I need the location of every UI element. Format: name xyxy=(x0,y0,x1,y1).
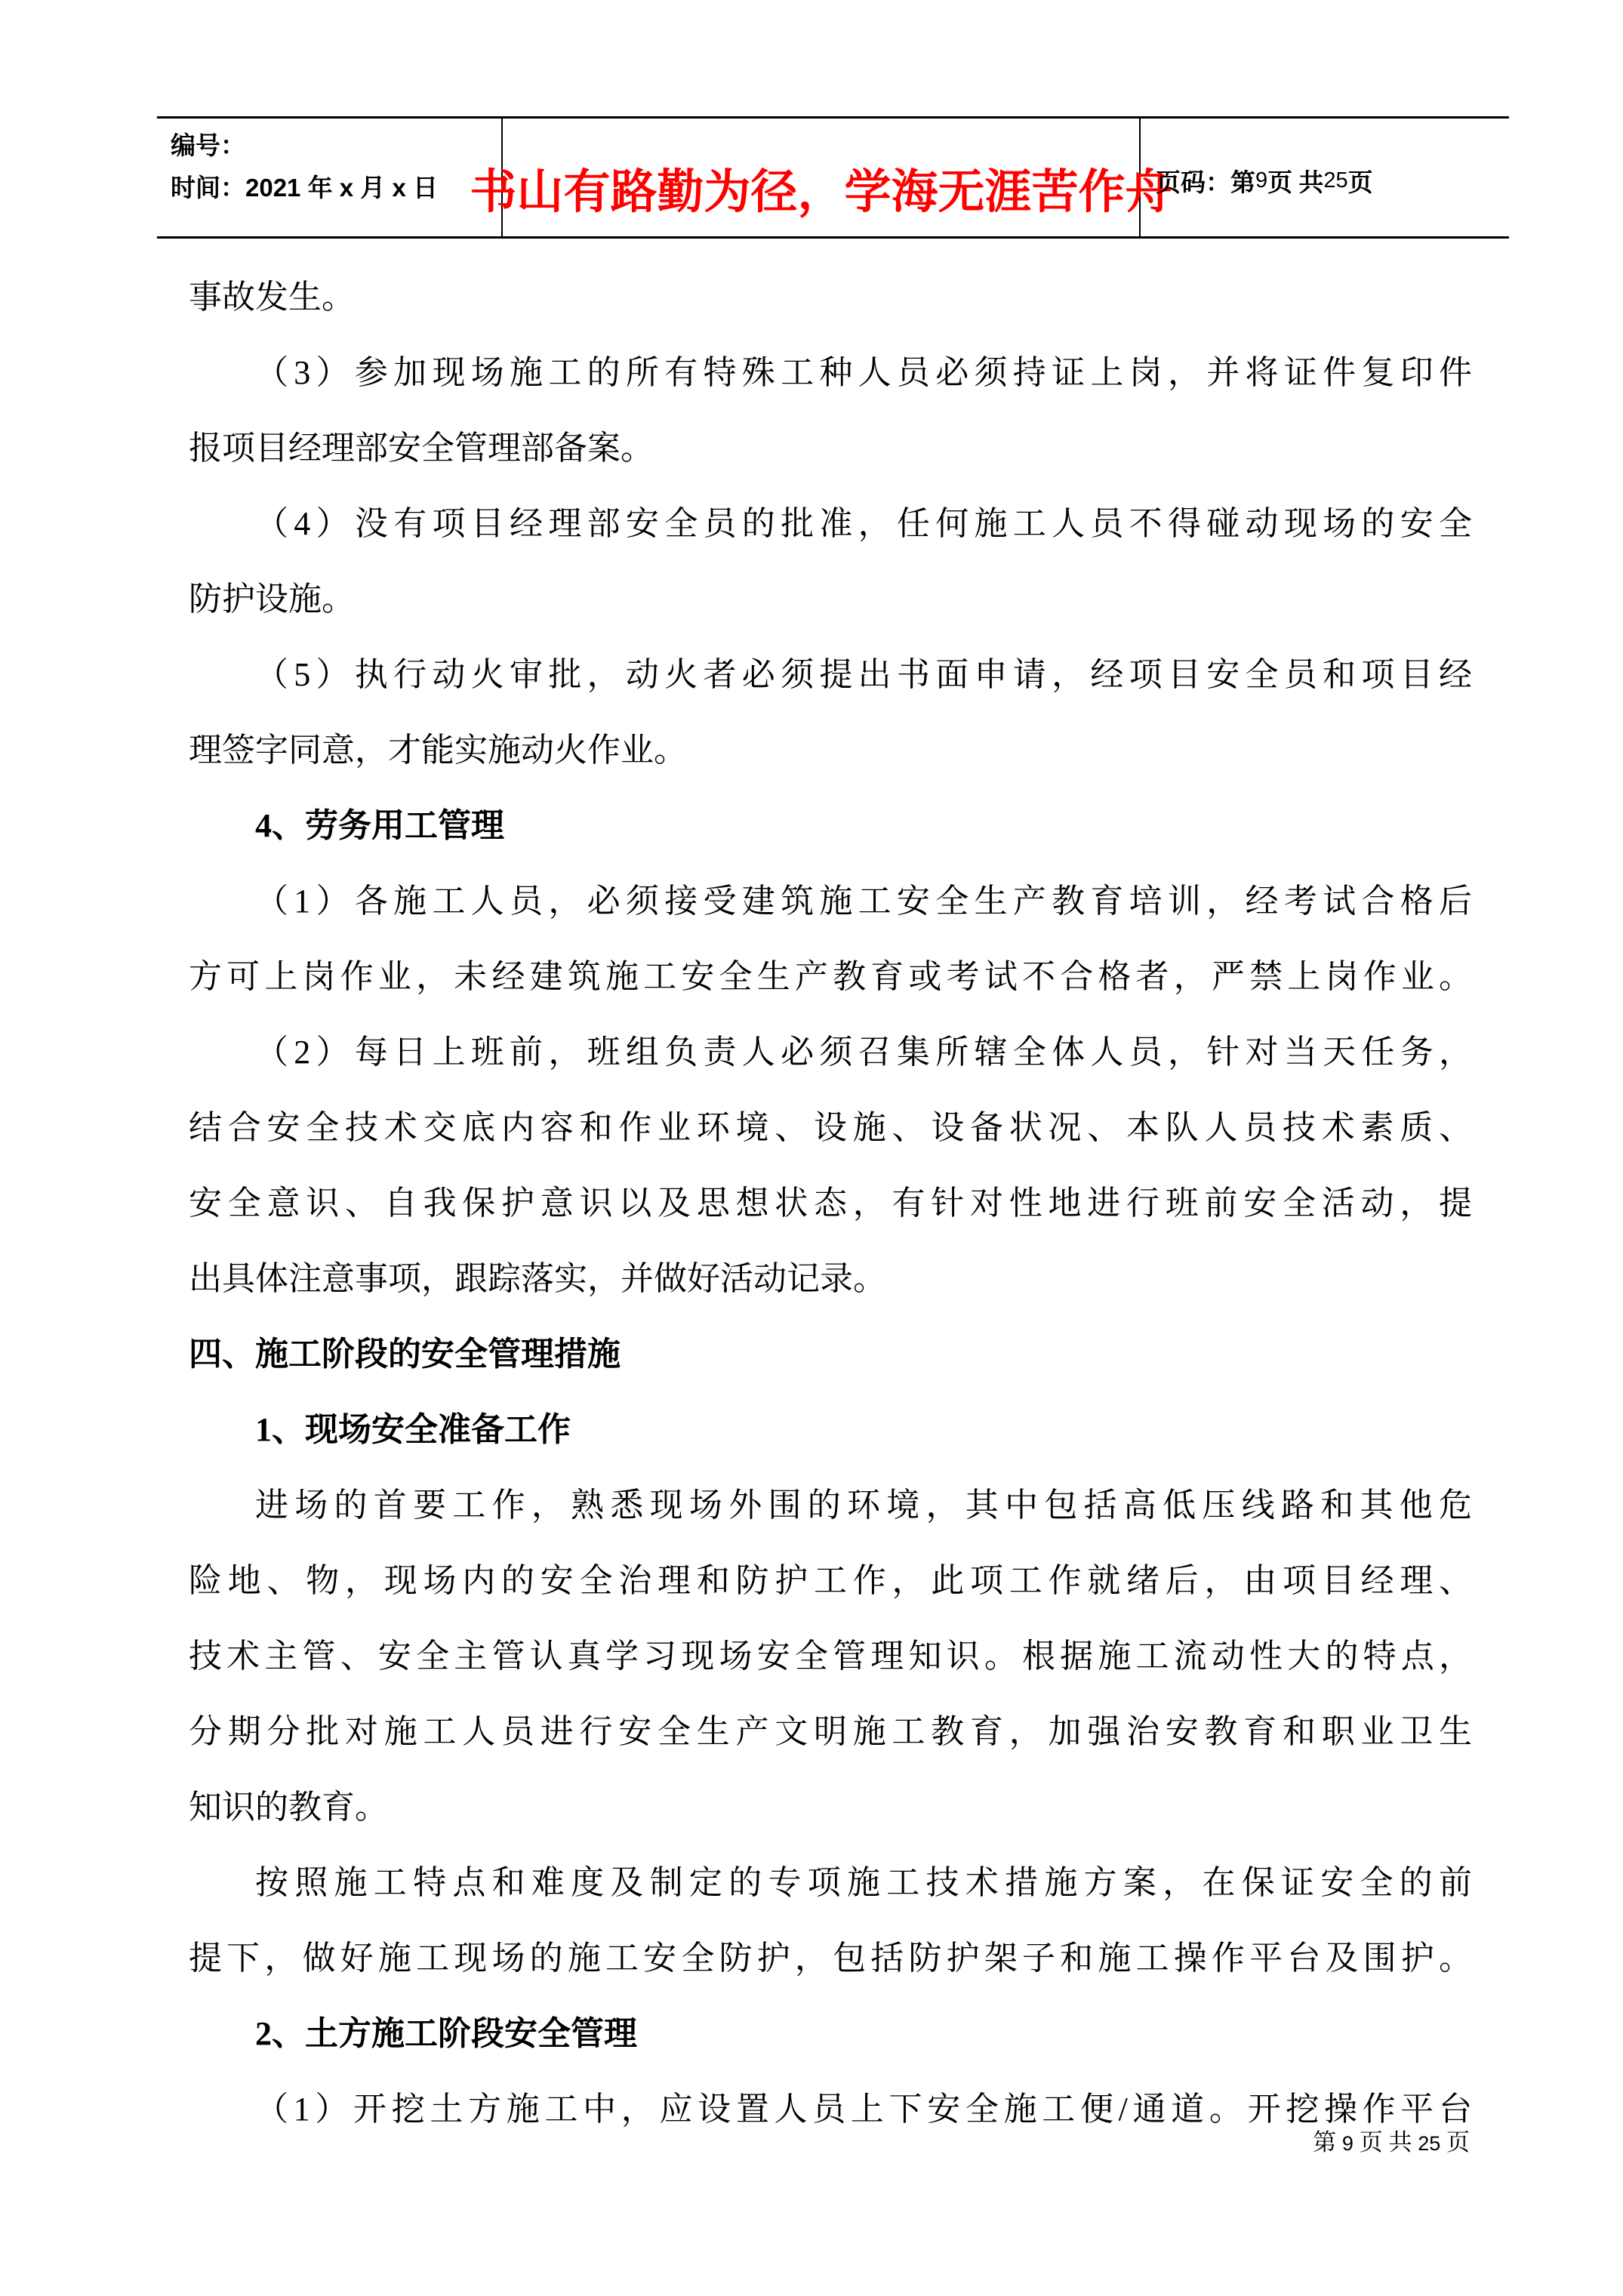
slogan-text: 书山有路勤为径，学海无涯苦作舟 xyxy=(470,154,1172,221)
footer-prefix: 第 xyxy=(1313,2129,1342,2156)
page-footer: 第 9 页 共 25 页 xyxy=(1313,2123,1470,2157)
pagination-middle: 页 共 xyxy=(1267,163,1323,199)
body-line: 安全意识、自我保护意识以及思想状态，有针对性地进行班前安全活动，提 xyxy=(189,1166,1472,1241)
body-line: 技术主管、安全主管认真学习现场安全管理知识。根据施工流动性大的特点， xyxy=(189,1619,1472,1694)
body-line: 险地、物，现场内的安全治理和防护工作，此项工作就绪后，由项目经理、 xyxy=(189,1543,1472,1619)
body-line: 防护设施。 xyxy=(189,562,1472,637)
pagination-total-pages: 25 xyxy=(1323,168,1347,193)
body-line: 知识的教育。 xyxy=(189,1770,1472,1845)
body-line: 结合安全技术交底内容和作业环境、设施、设备状况、本队人员技术素质、 xyxy=(189,1090,1472,1166)
header-table: 编号： 时间：2021 年 x 月 x 日 书山有路勤为径，学海无涯苦作舟 页码… xyxy=(157,116,1509,239)
header-cell-pagination: 页码：第 9 页 共 25 页 xyxy=(1141,119,1509,236)
body-line: 按照施工特点和难度及制定的专项施工技术措施方案，在保证安全的前 xyxy=(189,1845,1472,1921)
footer-total-pages: 25 xyxy=(1418,2132,1440,2155)
pagination-prefix: 页码：第 xyxy=(1156,163,1255,199)
heading-line: 1、现场安全准备工作 xyxy=(189,1392,1472,1468)
body-line: 理签字同意，才能实施动火作业。 xyxy=(189,713,1472,788)
pagination-suffix: 页 xyxy=(1348,163,1373,199)
body-line: 事故发生。 xyxy=(189,260,1472,335)
document-body: 事故发生。（3）参加现场施工的所有特殊工种人员必须持证上岗，并将证件复印件报项目… xyxy=(189,260,1472,2147)
footer-suffix: 页 xyxy=(1440,2129,1470,2156)
body-line: 提下，做好施工现场的施工安全防护，包括防护架子和施工操作平台及围护。 xyxy=(189,1921,1472,1996)
body-line: 报项目经理部安全管理部备案。 xyxy=(189,411,1472,486)
body-line: （1）开挖土方施工中，应设置人员上下安全施工便/通道。开挖操作平台 xyxy=(189,2072,1472,2147)
header-cell-meta: 编号： 时间：2021 年 x 月 x 日 xyxy=(157,119,503,236)
heading-line: 四、施工阶段的安全管理措施 xyxy=(189,1317,1472,1392)
footer-middle: 页 共 xyxy=(1354,2129,1418,2156)
heading-line: 4、劳务用工管理 xyxy=(189,788,1472,864)
body-line: （5）执行动火审批，动火者必须提出书面申请，经项目安全员和项目经 xyxy=(189,637,1472,713)
date-label: 时间：2021 年 x 月 x 日 xyxy=(171,167,494,209)
doc-number-label: 编号： xyxy=(171,125,494,167)
body-line: （3）参加现场施工的所有特殊工种人员必须持证上岗，并将证件复印件 xyxy=(189,335,1472,411)
body-line: （4）没有项目经理部安全员的批准，任何施工人员不得碰动现场的安全 xyxy=(189,486,1472,562)
body-line: （2）每日上班前，班组负责人必须召集所辖全体人员，针对当天任务， xyxy=(189,1015,1472,1090)
document-page: 编号： 时间：2021 年 x 月 x 日 书山有路勤为径，学海无涯苦作舟 页码… xyxy=(0,0,1623,2296)
header-cell-slogan: 书山有路勤为径，学海无涯苦作舟 xyxy=(503,119,1141,236)
body-line: 分期分批对施工人员进行安全生产文明施工教育，加强治安教育和职业卫生 xyxy=(189,1694,1472,1770)
pagination-current-page: 9 xyxy=(1255,168,1267,193)
heading-line: 2、土方施工阶段安全管理 xyxy=(189,1996,1472,2072)
body-line: 方可上岗作业，未经建筑施工安全生产教育或考试不合格者，严禁上岗作业。 xyxy=(189,939,1472,1015)
body-line: （1）各施工人员，必须接受建筑施工安全生产教育培训，经考试合格后 xyxy=(189,864,1472,939)
body-line: 出具体注意事项，跟踪落实，并做好活动记录。 xyxy=(189,1241,1472,1317)
footer-current-page: 9 xyxy=(1342,2132,1354,2155)
body-line: 进场的首要工作，熟悉现场外围的环境，其中包括高低压线路和其他危 xyxy=(189,1468,1472,1543)
